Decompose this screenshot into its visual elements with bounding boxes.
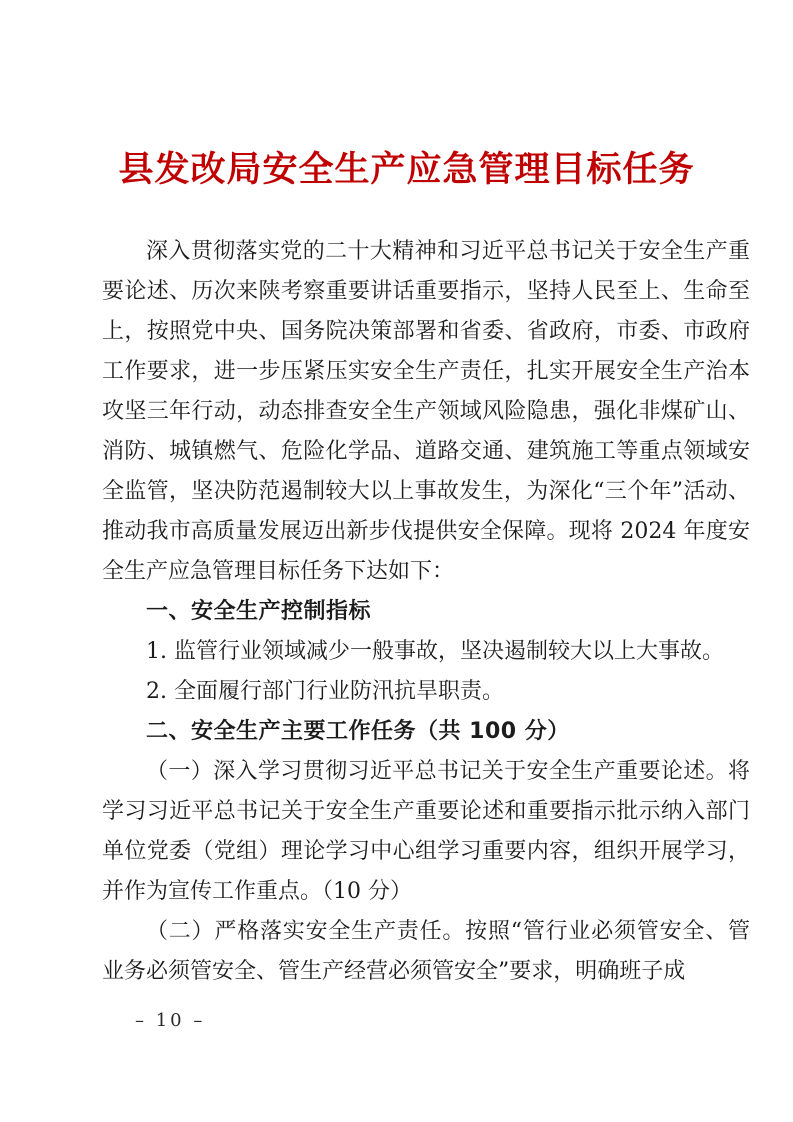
page-number: – 10 –: [135, 1010, 205, 1031]
list-item-2: 2. 全面履行部门行业防汛抗旱职责。: [102, 672, 750, 712]
paragraph-task-1: （一）深入学习贯彻习近平总书记关于安全生产重要论述。将学习习近平总书记关于安全生…: [102, 752, 750, 912]
paragraph-intro: 深入贯彻落实党的二十大精神和习近平总书记关于安全生产重要论述、历次来陕考察重要讲…: [102, 232, 750, 592]
document-title: 县发改局安全生产应急管理目标任务: [80, 148, 733, 192]
document-body: 深入贯彻落实党的二十大精神和习近平总书记关于安全生产重要论述、历次来陕考察重要讲…: [102, 232, 750, 992]
document-page: 县发改局安全生产应急管理目标任务 深入贯彻落实党的二十大精神和习近平总书记关于安…: [0, 0, 793, 1122]
section-heading-control-targets: 一、安全生产控制指标: [102, 592, 750, 632]
section-heading-main-tasks: 二、安全生产主要工作任务（共 100 分）: [102, 712, 750, 752]
list-item-1: 1. 监管行业领域减少一般事故，坚决遏制较大以上大事故。: [102, 632, 750, 672]
paragraph-task-2: （二）严格落实安全生产责任。按照“管行业必须管安全、管业务必须管安全、管生产经营…: [102, 912, 750, 992]
